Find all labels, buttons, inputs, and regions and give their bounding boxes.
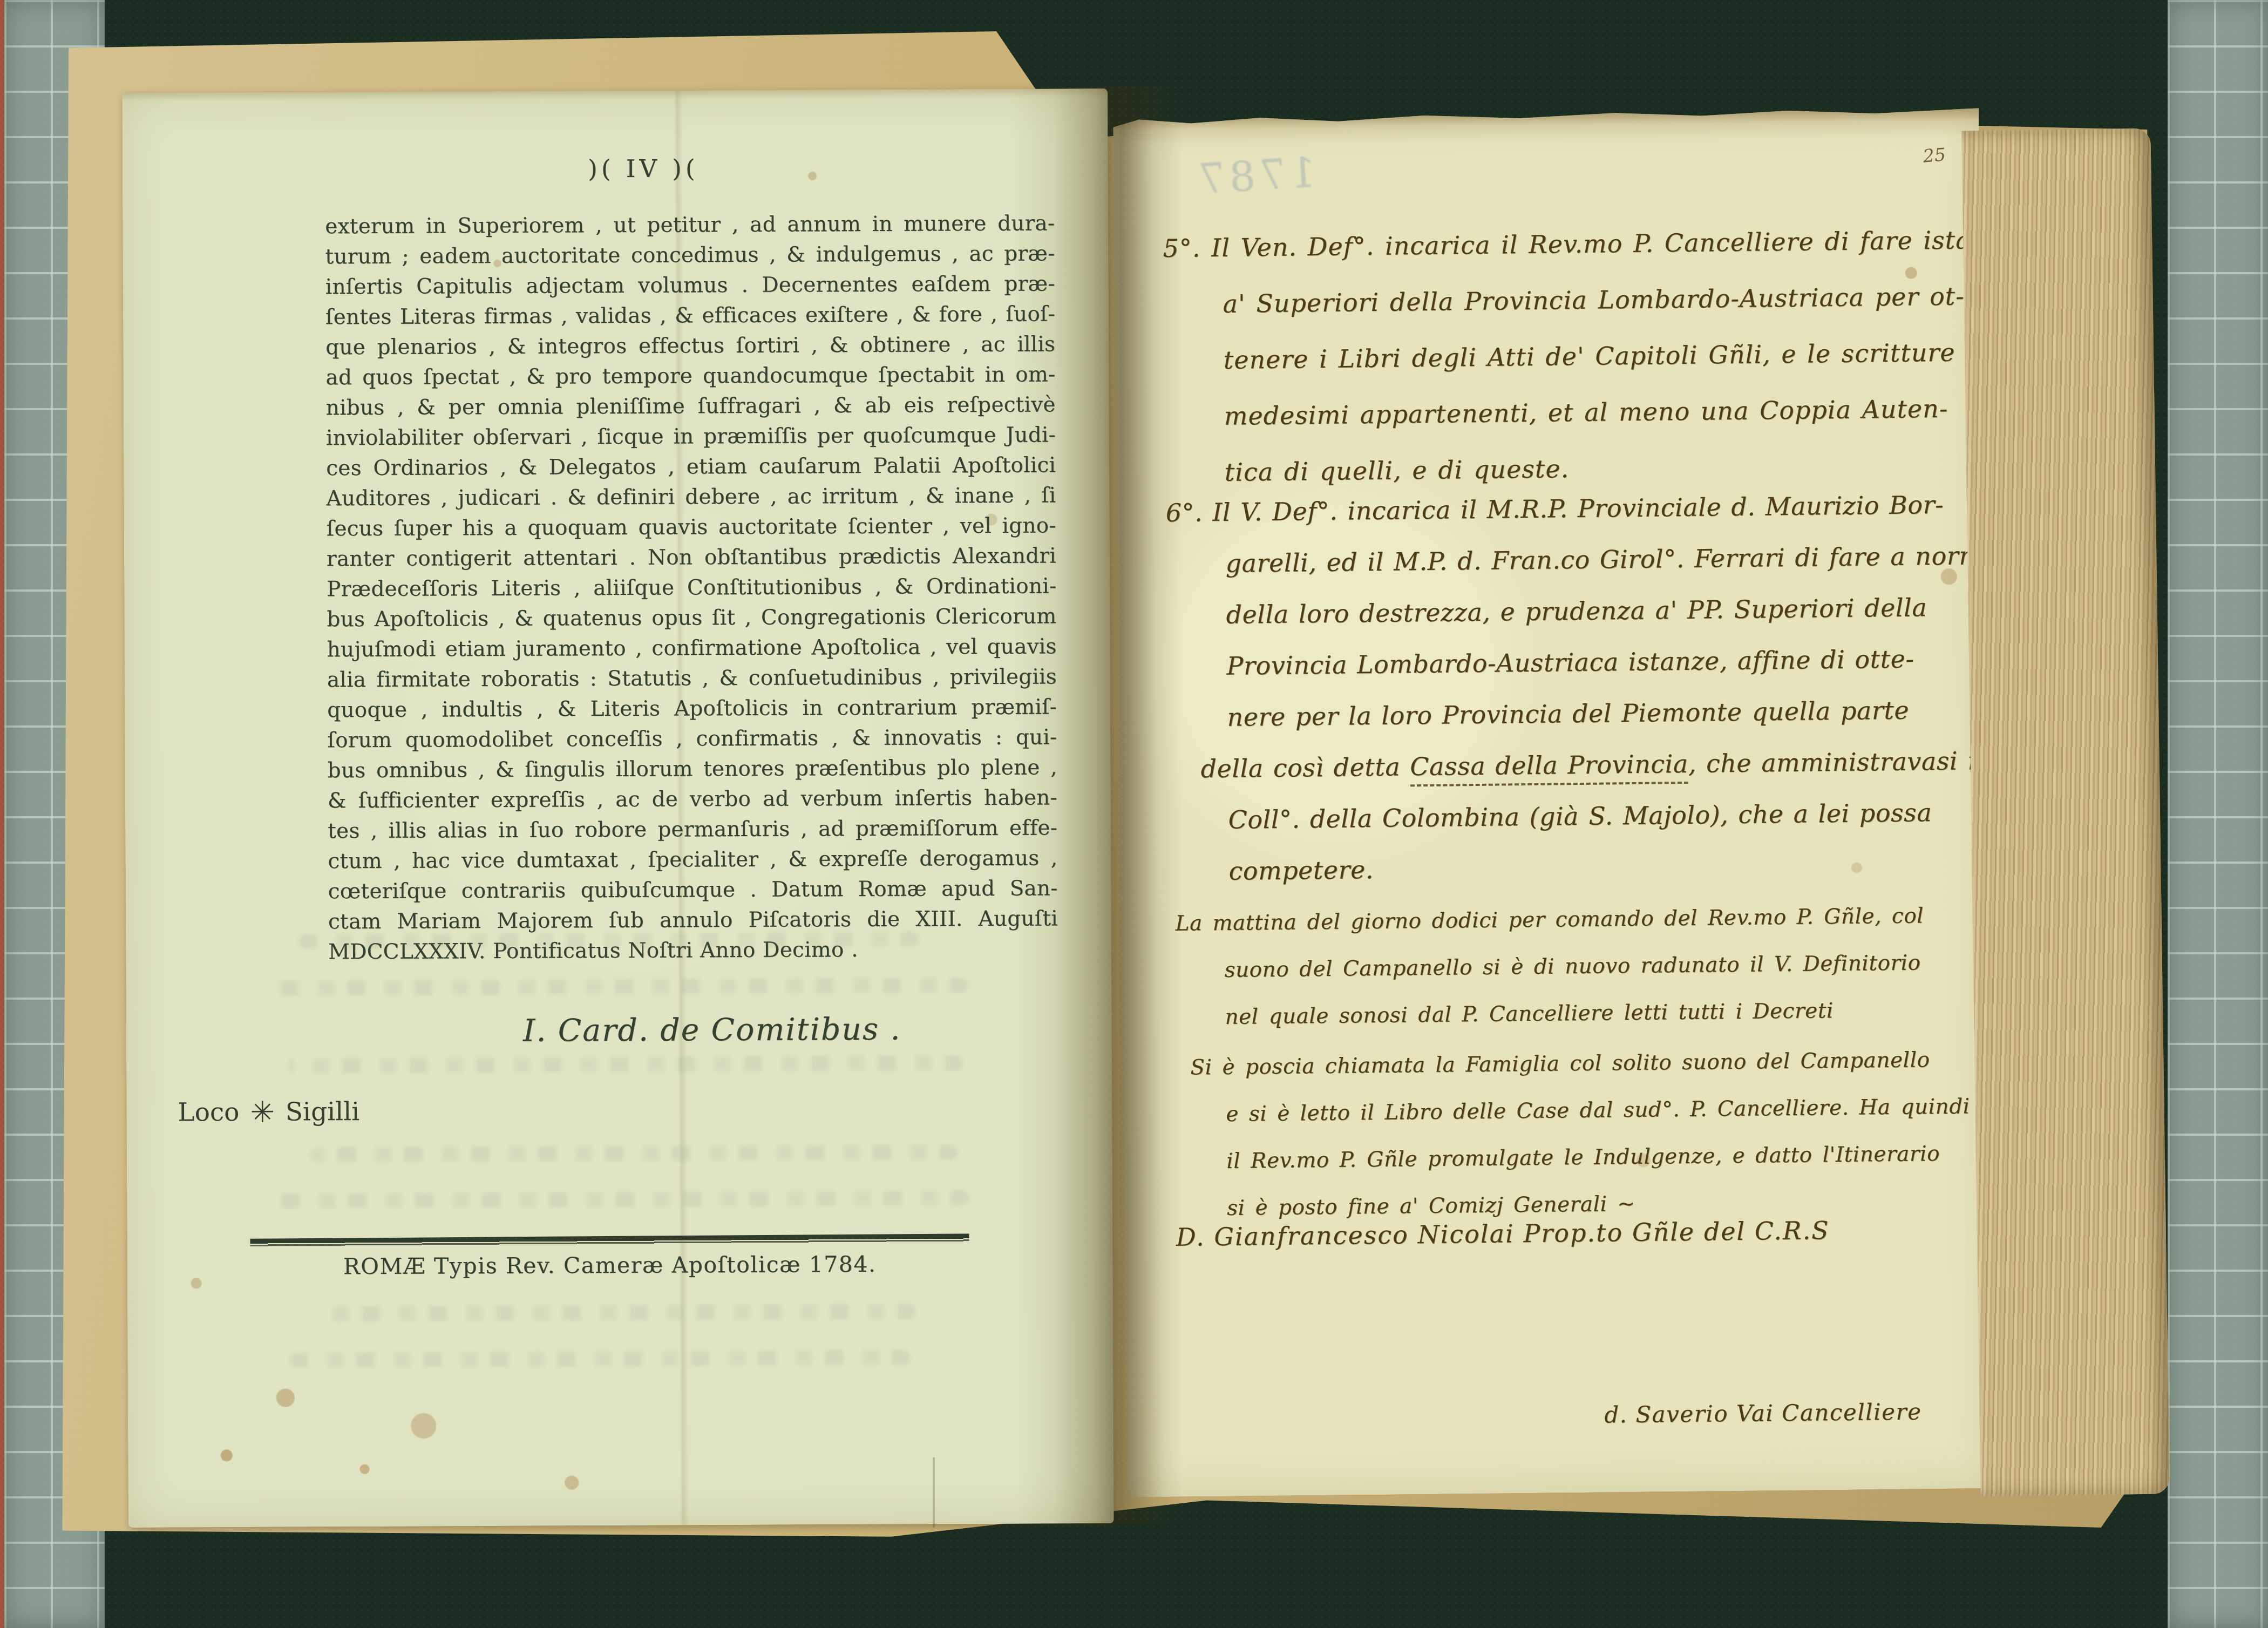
showthrough-smudge: [310, 1144, 958, 1162]
manuscript-line: La mattina del giorno dodici per comando…: [1175, 892, 1924, 947]
cassa-pre-text: della così detta: [1200, 752, 1410, 783]
archival-photo: )( IV )( exterum in Superiorem , ut peti…: [0, 0, 2268, 1628]
page-block-fore-edge: [1961, 128, 2169, 1497]
manuscript-paragraph-5: 5°. Il Ven. Def°. incarica il Rev.mo P. …: [1163, 211, 2019, 501]
print-line: exterum in Superiorem , ut petitur , ad …: [325, 208, 1055, 242]
print-line: ſentes Literas firmas , validas , & effi…: [325, 299, 1055, 333]
manuscript-paragraph-6: 6°. Il V. Def°. incarica il M.R.P. Provi…: [1165, 479, 2008, 898]
manuscript-line: nere per la loro Provincia del Piemonte …: [1227, 684, 2007, 743]
bottom-page-seam: [933, 1457, 935, 1528]
manuscript-line: garelli, ed il M.P. d. Fran.co Girol°. F…: [1225, 530, 2005, 589]
showthrough-smudge: [266, 978, 968, 996]
imprint-rule: [250, 1233, 969, 1246]
print-line: bus Apoſtolicis , & quatenus opus ſit , …: [327, 601, 1056, 635]
print-line: que plenarios , & integros effectus ſort…: [325, 329, 1055, 363]
manuscript-line: 5°. Il Ven. Def°. incarica il Rev.mo P. …: [1163, 211, 2016, 276]
print-line: ad quos ſpectat , & pro tempore quandocu…: [325, 359, 1055, 393]
showthrough-smudge: [322, 1304, 915, 1322]
manuscript-line: competere.: [1228, 838, 2008, 897]
print-line: ſorum quomodolibet conceſſis , confirmat…: [327, 722, 1057, 756]
showthrough-smudge: [278, 1190, 969, 1209]
print-line: ces Ordinarios , & Delegatos , etiam cau…: [326, 450, 1056, 484]
page-header-roman-numeral: )( IV )(: [279, 153, 1008, 185]
signature-general: D. Gianfrancesco Nicolai Prop.to Gñle de…: [1176, 1216, 1830, 1252]
print-line: hujuſmodi etiam juramento , confirmation…: [327, 632, 1057, 665]
printed-text-block: exterum in Superiorem , ut petitur , ad …: [325, 208, 1058, 967]
showthrough-smudge: [298, 932, 919, 949]
print-line: inviolabiliter obſervari , ſicque in præ…: [326, 420, 1056, 453]
print-line: quoque , indultis , & Literis Apoſtolici…: [327, 692, 1057, 725]
manuscript-line: 6°. Il V. Def°. incarica il M.R.P. Provi…: [1165, 479, 2005, 539]
manuscript-line: Coll°. della Colombina (già S. Majolo), …: [1228, 786, 2008, 846]
imprint-line: ROMÆ Typis Rev. Cameræ Apoſtolicæ 1784.: [250, 1251, 969, 1280]
print-line: inſertis Capitulis adjectam volumus . De…: [325, 269, 1055, 302]
print-line: bus omnibus , & ſingulis illorum tenores…: [328, 752, 1057, 786]
showthrough-smudge: [289, 1350, 910, 1368]
manuscript-line: tenere i Libri degli Atti de' Capitoli G…: [1223, 323, 2018, 388]
manuscript-line: e si è letto il Libro delle Case dal sud…: [1226, 1083, 1970, 1137]
manuscript-line: Provincia Lombardo-Austriaca istanze, af…: [1226, 633, 2006, 692]
manuscript-line: il Rev.mo P. Gñle promulgate le Indulgen…: [1226, 1130, 1971, 1184]
manuscript-line: Si è poscia chiamata la Famiglia col sol…: [1190, 1036, 1970, 1091]
signature-chancellor: d. Saverio Vai Cancelliere: [1604, 1398, 1922, 1428]
cardinal-signature: I. Card. de Comitibus .: [523, 1012, 901, 1049]
print-line: nibus , & per omnia pleniſſime ſuffragar…: [326, 390, 1056, 423]
seal-placeholder-line: Loco ✳ Sigilli: [178, 1097, 359, 1127]
manuscript-paragraph-closing: Si è poscia chiamata la Famiglia col sol…: [1177, 1036, 1971, 1232]
showthrough-smudge: [288, 1055, 963, 1073]
cassa-underlined-text: Cassa della Provincia: [1410, 749, 1688, 786]
print-line: cœteriſque contrariis quibuſcumque . Dat…: [328, 873, 1058, 907]
seal-word-loco: Loco: [178, 1097, 239, 1127]
showthrough-numeral: 1787: [1193, 148, 1318, 204]
print-line: ctum , hac vice dumtaxat , ſpecialiter ,…: [328, 843, 1057, 877]
manuscript-line: suono del Campanello si è di nuovo radun…: [1224, 939, 1924, 994]
print-line: alia firmitate roboratis : Statutis , & …: [327, 662, 1057, 695]
print-line: tes , illis alias in ſuo robore permanſu…: [328, 813, 1057, 846]
seal-star-icon: ✳: [250, 1097, 274, 1127]
print-line: turum ; eadem auctoritate concedimus , &…: [325, 239, 1055, 272]
manuscript-line: della loro destrezza, e prudenza a' PP. …: [1226, 581, 2006, 641]
manuscript-line: nel quale sonosi dal P. Cancelliere lett…: [1225, 986, 1925, 1041]
red-edge-line: [0, 0, 4, 1628]
cassa-post-text: , che amministravasi nel: [1688, 746, 2007, 778]
seal-word-sigilli: Sigilli: [286, 1097, 360, 1127]
manuscript-line-cassa: della così detta Cassa della Provincia, …: [1200, 735, 2007, 795]
print-line: ranter contigerit attentari . Non obſtan…: [327, 541, 1056, 574]
manuscript-page-right: 25 1787 5°. Il Ven. Def°. incarica il Re…: [1113, 106, 1993, 1497]
manuscript-line: medesimi appartenenti, et al meno una Co…: [1224, 379, 2018, 444]
measuring-grid-strip-right: [2168, 0, 2268, 1628]
manuscript-line: a' Superiori della Provincia Lombardo-Au…: [1223, 267, 2017, 331]
print-line: Auditores , judicari . & definiri debere…: [326, 480, 1056, 514]
manuscript-paragraph-morning: La mattina del giorno dodici per comando…: [1175, 892, 1925, 1041]
print-line: ſecus ſuper his a quoquam quavis auctori…: [327, 511, 1056, 544]
printed-page-left: )( IV )( exterum in Superiorem , ut peti…: [122, 89, 1114, 1528]
print-line: Prædeceſſoris Literis , aliiſque Conſtit…: [327, 571, 1056, 605]
print-line: & ſufficienter expreſſis , ac de verbo a…: [328, 783, 1057, 816]
folio-number: 25: [1922, 144, 1946, 166]
